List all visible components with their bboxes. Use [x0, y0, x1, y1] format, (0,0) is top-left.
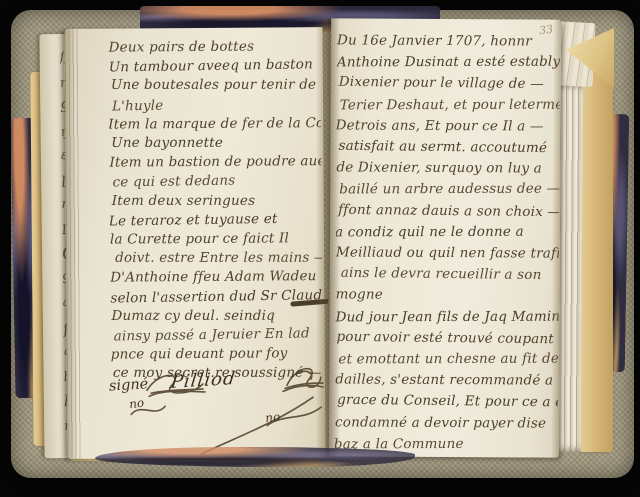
cover-dark-smudge	[95, 447, 415, 467]
manuscript-line: mogne	[336, 285, 559, 307]
manuscript-line: D'Anthoine ffeu Adam Wadeu	[110, 268, 322, 289]
manuscript-line: pour avoir esté trouvé coupant	[336, 327, 560, 351]
manuscript-line: Meilliaud ou quil nen fasse trafic	[336, 242, 559, 264]
manuscript-line: a condiz quil ne le donne a	[335, 221, 559, 243]
manuscript-line: de Dixenier, surquoy on luy a	[336, 158, 559, 180]
left-page-text: Deux pairs de bottesUn tambour aveeq un …	[109, 37, 323, 382]
signed-label: signé	[109, 376, 149, 394]
manuscript-line: Une boutesales pour tenir de	[111, 76, 323, 95]
manuscript-line: ce qui est dedans	[112, 171, 321, 193]
right-page-text: Du 16e Janvier 1707, honnrAnthoine Dusin…	[335, 30, 560, 455]
manuscript-line: Un tambour aveeq un baston	[109, 55, 321, 78]
manuscript-line: L'huyle	[112, 94, 321, 116]
manuscript-line: ffont annaz dauis a son choix —	[338, 199, 560, 223]
signature-name: Pilliod	[169, 368, 236, 393]
right-page: 33 Du 16e Janvier 1707, honnrAnthoine Du…	[329, 18, 561, 457]
manuscript-line: la Curette pour ce faict Il	[110, 229, 322, 250]
manuscript-line: grace du Conseil, Et pour ce a esté	[337, 390, 560, 414]
manuscript-line: Terier Deshaut, et pour leterme	[340, 94, 560, 116]
manuscript-line: Le teraroz et tuyause et	[109, 209, 322, 232]
manuscript-line: Detrois ans, Et pour ce Il a —	[336, 115, 560, 137]
book-gutter	[316, 18, 340, 460]
manuscript-line: Dud jour Jean fils de Jaq Mamin	[336, 306, 559, 328]
manuscript-line: Dixenier pour le village de —	[339, 72, 560, 96]
manuscript-photo: ſſn9ŋɛlnDC9aſqblur Deux pairs de bottesU…	[0, 0, 640, 497]
manuscript-line: doivt. estre Entre les mains —	[115, 249, 323, 268]
manuscript-line: Du 16e Janvier 1707, honnr	[337, 30, 560, 52]
manuscript-line: condamné a devoir payer dise	[335, 412, 558, 434]
manuscript-line: dailles, s'estant recommandé a la	[335, 370, 558, 392]
endpaper-edge-right	[580, 58, 613, 452]
manuscript-line: Item la marque de fer de la Comne	[109, 114, 322, 135]
manuscript-line: ains le devra recueillir a son	[341, 263, 560, 287]
manuscript-line: ainsy passé a Jeruier En lad	[114, 324, 323, 346]
left-page: Deux pairs de bottesUn tambour aveeq un …	[65, 27, 326, 459]
manuscript-line: baillé un arbre audessus dee —	[339, 179, 559, 201]
manuscript-line: Anthoine Dusinat a esté estably	[337, 52, 560, 74]
manuscript-line: Dumaz cy deul. seindiq	[112, 307, 323, 326]
manuscript-line: et emottant un chesne au fit des	[338, 349, 558, 371]
manuscript-line: Item deux seringues	[112, 191, 323, 210]
notary-mark: no	[265, 410, 281, 425]
manuscript-line: satisfait au sermt. accoutumé	[338, 136, 560, 160]
manuscript-line: Une bayonnette	[111, 134, 323, 153]
notary-mark: no	[128, 396, 144, 412]
